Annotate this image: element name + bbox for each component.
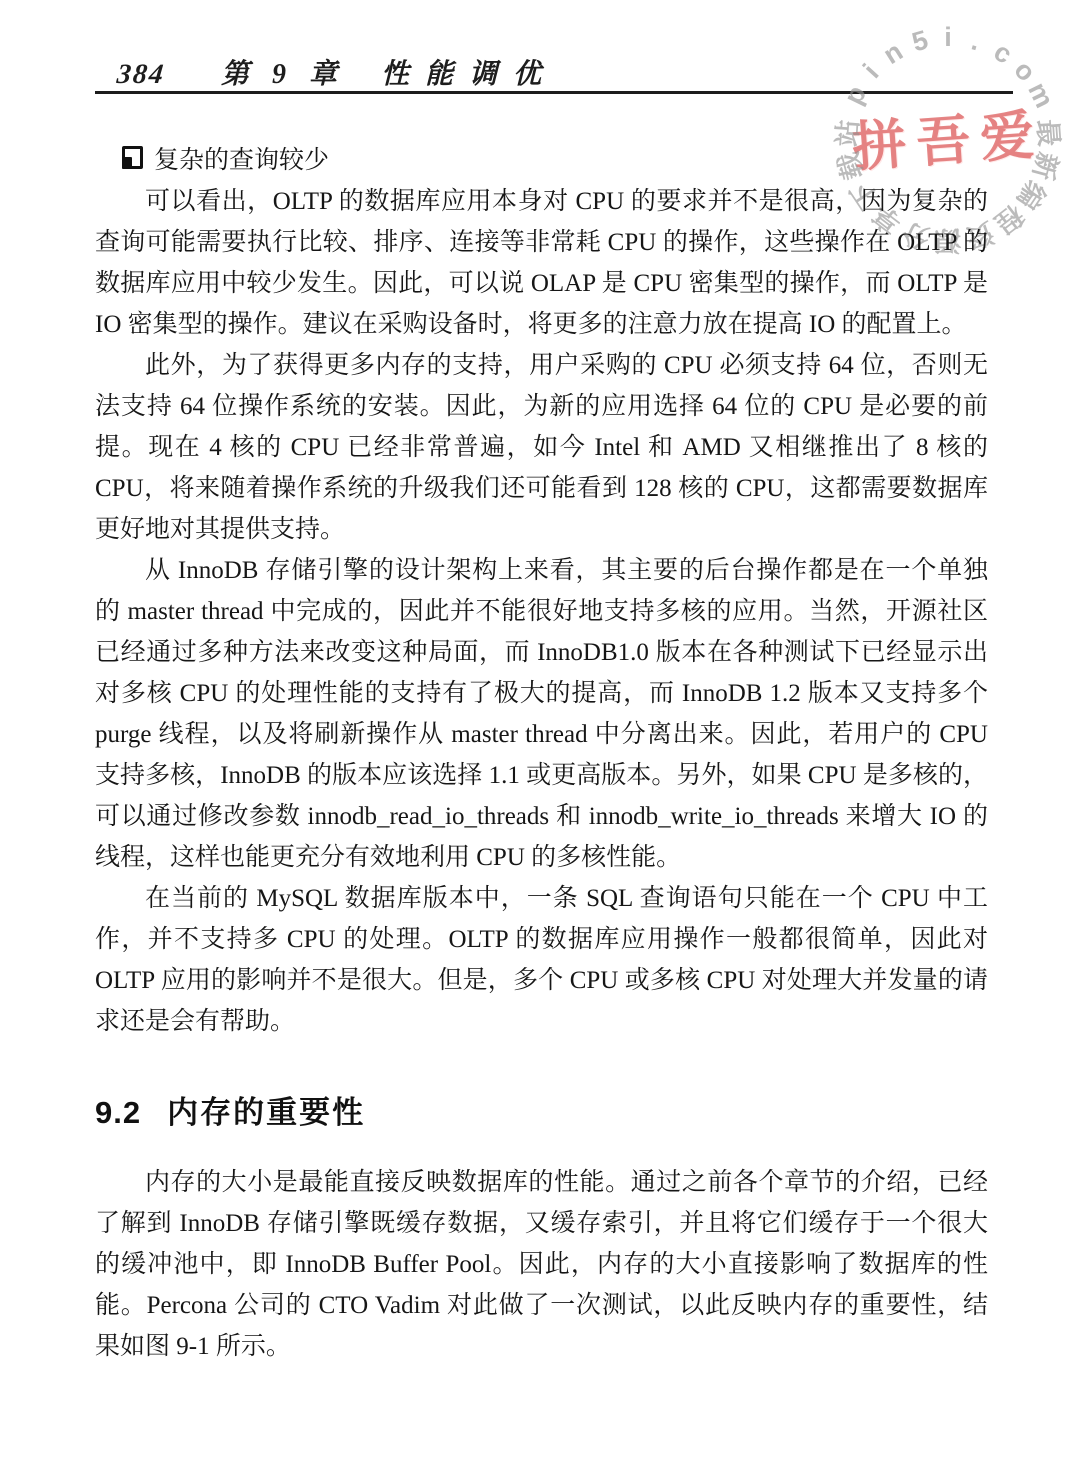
header-rule — [95, 91, 1013, 94]
paragraph: 在当前的 MySQL 数据库版本中，一条 SQL 查询语句只能在一个 CPU 中… — [95, 878, 988, 1042]
watermark-ring-char: o — [1003, 50, 1045, 92]
watermark-ring-char: 新 — [1026, 147, 1063, 184]
watermark-ring-char: i — [933, 22, 963, 52]
chapter-title: 性能调优 — [381, 52, 557, 92]
paragraph: 从 InnoDB 存储引擎的设计架构上来看，其主要的后台操作都是在一个单独的 m… — [95, 550, 988, 878]
watermark-ring-char: 程 — [988, 198, 1030, 240]
watermark-ring-char: p — [835, 75, 875, 115]
bullet-item: 复杂的查询较少 — [95, 140, 988, 181]
page-body: 复杂的查询较少 可以看出，OLTP 的数据库应用本身对 CPU 的要求并不是很高… — [95, 140, 988, 1367]
paragraph: 此外，为了获得更多内存的支持，用户采购的 CPU 必须支持 64 位，否则无法支… — [95, 345, 988, 550]
section-number: 9.2 — [95, 1095, 141, 1130]
page-number: 384 — [115, 59, 166, 91]
watermark-ring-char: 最 — [1032, 117, 1064, 149]
watermark-ring-char: n — [873, 32, 914, 73]
section-heading: 9.2内存的重要性 — [95, 1090, 988, 1136]
watermark-ring-char: 5 — [901, 22, 938, 59]
watermark-ring-char: . — [958, 22, 995, 59]
paragraph: 可以看出，OLTP 的数据库应用本身对 CPU 的要求并不是很高，因为复杂的查询… — [95, 181, 988, 345]
section-title: 内存的重要性 — [167, 1095, 365, 1130]
bullet-item-label: 复杂的查询较少 — [154, 147, 329, 174]
running-header: 384第 9 章性能调优 — [117, 52, 557, 92]
book-page: 384第 9 章性能调优 拼吾爱 pin5i.com最新编程资源分享下载站 复杂… — [0, 0, 1080, 1478]
watermark-ring-char: i — [850, 50, 892, 92]
watermark-ring-char: 编 — [1010, 175, 1052, 217]
watermark-ring-char: c — [982, 32, 1023, 73]
paragraph: 内存的大小是最能直接反映数据库的性能。通过之前各个章节的介绍，已经了解到 Inn… — [95, 1162, 988, 1367]
watermark-ring-char: m — [1021, 75, 1061, 115]
chapter-label: 第 9 章 — [221, 52, 345, 92]
square-bullet-icon — [122, 146, 143, 169]
